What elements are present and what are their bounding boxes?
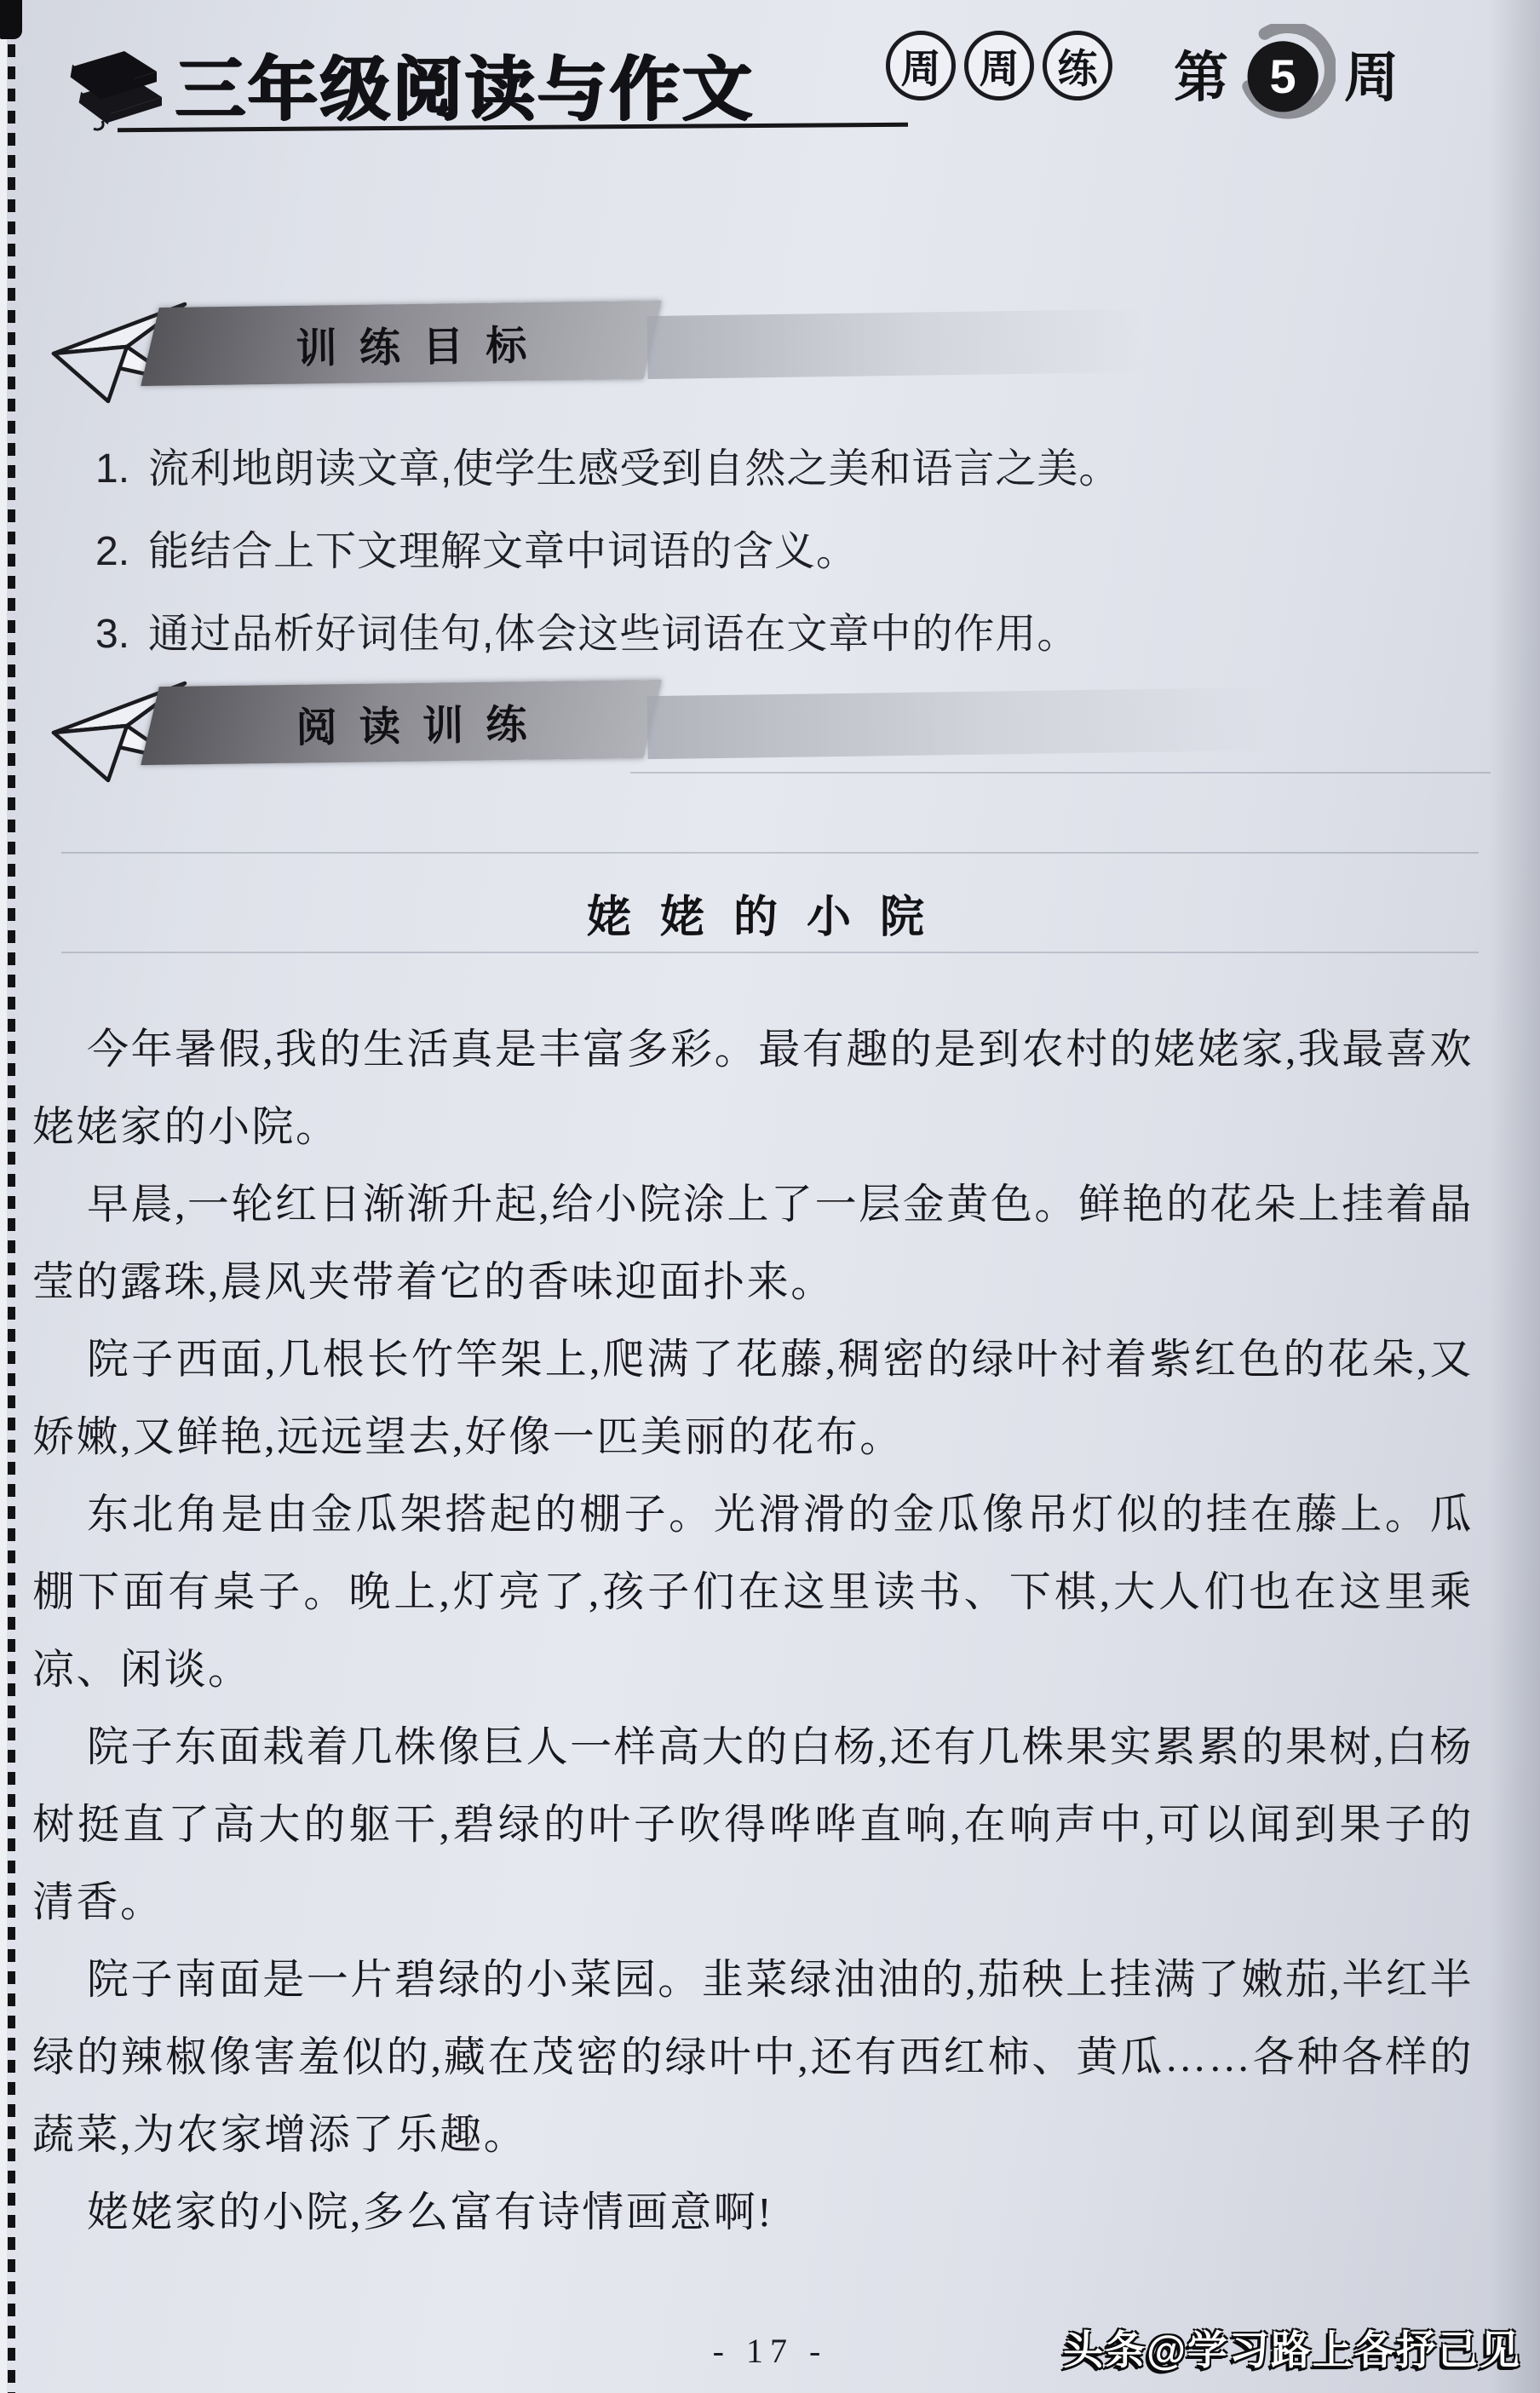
objective-number: 3.: [95, 593, 136, 676]
watermark: 头条@学习路上各抒己见: [1063, 2319, 1521, 2376]
banner-streak: [647, 309, 1142, 379]
objective-text: 通过品析好词佳句,体会这些词语在文章中的作用。: [148, 593, 1078, 676]
scan-hairline: [61, 852, 1479, 854]
banner-bar: 阅读训练: [141, 680, 662, 765]
banner-bar: 训练目标: [141, 301, 662, 386]
objective-text: 流利地朗读文章,使学生感受到自然之美和语言之美。: [148, 428, 1120, 510]
week-number-badge: 5: [1237, 24, 1336, 123]
page-curve-shadow: [1489, 0, 1540, 2393]
week-suffix: 周: [1344, 34, 1399, 112]
objective-number: 2.: [95, 510, 136, 593]
article-paragraph: 早晨,一轮红日渐渐升起,给小院涂上了一层金黄色。鲜艳的花朵上挂着晶莹的露珠,晨风…: [32, 1165, 1474, 1320]
series-badge: 周 周 练: [886, 31, 1112, 101]
objective-item: 2. 能结合上下文理解文章中词语的含义。: [95, 510, 1480, 593]
objective-item: 3. 通过品析好词佳句,体会这些词语在文章中的作用。: [95, 593, 1480, 676]
series-circle: 周: [964, 31, 1034, 101]
workbook-page: 三年级阅读与作文 周 周 练 第 5 周 训练目标 1.: [0, 0, 1540, 2393]
article-paragraph: 院子南面是一片碧绿的小菜园。韭菜绿油油的,茄秧上挂满了嫩茄,半红半绿的辣椒像害羞…: [32, 1941, 1474, 2173]
scan-hairline: [630, 772, 1491, 774]
objective-text: 能结合上下文理解文章中词语的含义。: [148, 510, 858, 593]
series-circle: 周: [886, 31, 956, 101]
article-title: 姥姥的小院: [0, 881, 1540, 945]
scan-hairline: [61, 952, 1479, 953]
scan-corner-mark: [0, 0, 22, 39]
week-indicator: 第 5 周: [1174, 24, 1399, 123]
article-paragraph: 今年暑假,我的生活真是丰富多彩。最有趣的是到农村的姥姥家,我最喜欢姥姥家的小院。: [32, 1010, 1474, 1165]
scan-left-margin: [0, 0, 7, 2393]
article-paragraph: 院子西面,几根长竹竿架上,爬满了花藤,稠密的绿叶衬着紫红色的花朵,又娇嫩,又鲜艳…: [32, 1320, 1474, 1475]
week-prefix: 第: [1174, 34, 1228, 112]
books-icon: [56, 29, 169, 131]
section-banner-training-goal: 训练目标: [47, 294, 1290, 409]
banner-label: 训练目标: [253, 312, 549, 375]
banner-streak: [647, 687, 1279, 759]
week-number: 5: [1270, 49, 1296, 103]
article-paragraph: 院子东面栽着几株像巨人一样高大的白杨,还有几株果实累累的果树,白杨树挺直了高大的…: [32, 1708, 1474, 1941]
article-body: 今年暑假,我的生活真是丰富多彩。最有趣的是到农村的姥姥家,我最喜欢姥姥家的小院。…: [32, 1010, 1474, 2251]
banner-label: 阅读训练: [253, 691, 549, 754]
binding-dashed-edge: [8, 0, 15, 2393]
objectives-list: 1. 流利地朗读文章,使学生感受到自然之美和语言之美。 2. 能结合上下文理解文…: [95, 428, 1480, 676]
section-banner-reading-training: 阅读训练: [47, 673, 1290, 788]
book-title: 三年级阅读与作文: [175, 34, 755, 134]
article-paragraph: 东北角是由金瓜架搭起的棚子。光滑滑的金瓜像吊灯似的挂在藤上。瓜棚下面有桌子。晚上…: [32, 1475, 1474, 1708]
article-paragraph: 姥姥家的小院,多么富有诗情画意啊!: [32, 2173, 1474, 2251]
objective-item: 1. 流利地朗读文章,使学生感受到自然之美和语言之美。: [95, 428, 1480, 510]
series-circle: 练: [1043, 31, 1112, 101]
objective-number: 1.: [95, 428, 136, 510]
